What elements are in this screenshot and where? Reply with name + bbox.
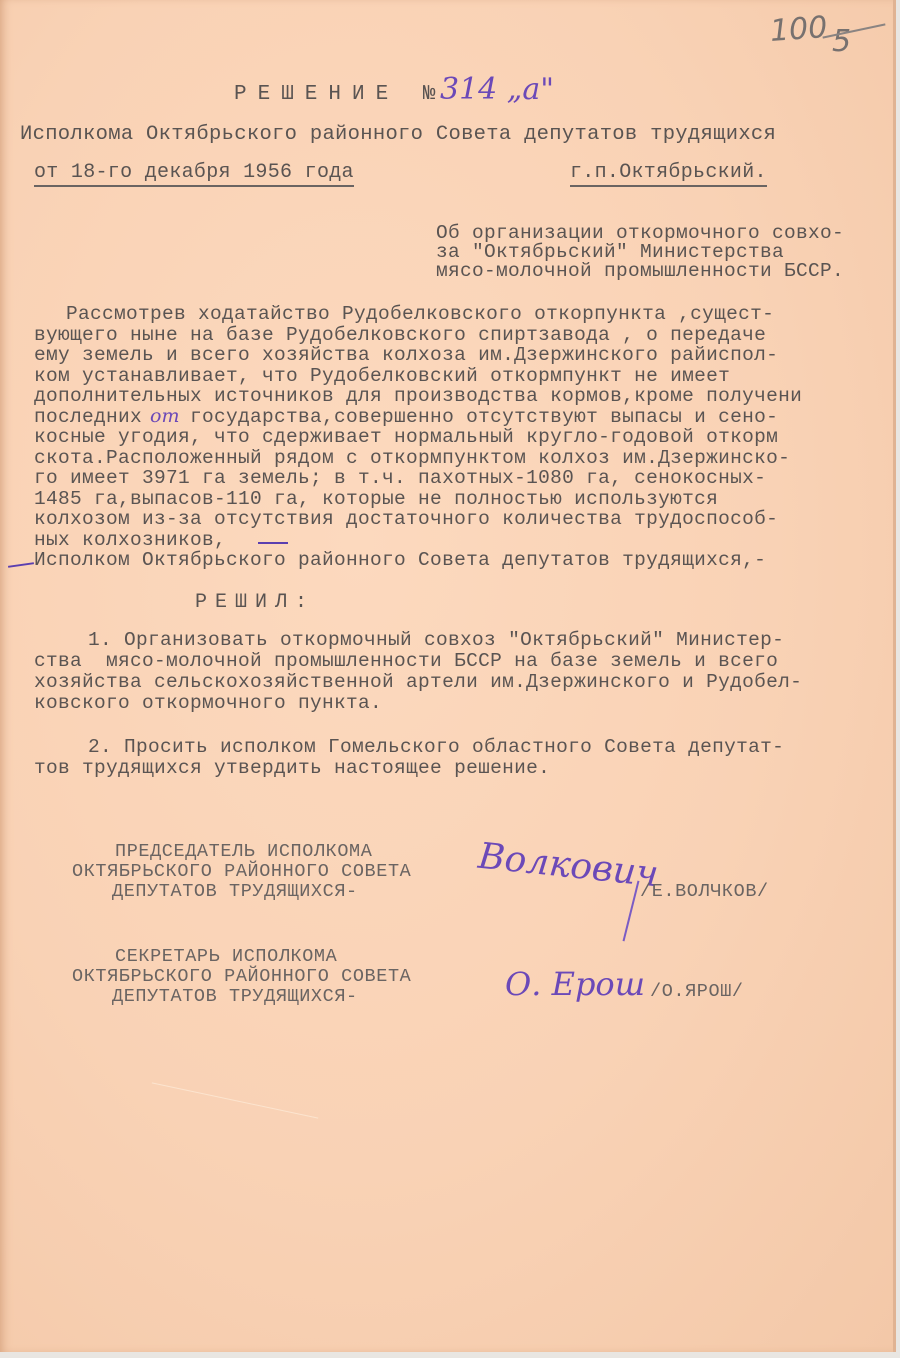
secretary-signature-block: СЕКРЕТАРЬ ИСПОЛКОМА ОКТЯБРЬСКОГО РАЙОННО… — [0, 947, 339, 1007]
issuing-body: Исполкома Октябрьского районного Совета … — [20, 125, 776, 146]
preamble-line: скота.Расположенный рядом с откормпункто… — [34, 448, 900, 469]
subject-block: Об организации откормочного совхо- за "О… — [436, 224, 844, 281]
document-date: от 18-го декабря 1956 года — [34, 163, 354, 187]
chairman-title-line: ПРЕДСЕДАТЕЛЬ ИСПОЛКОМА — [115, 842, 454, 862]
handwritten-insert: от — [150, 405, 179, 427]
archive-sheet-number: 5 — [832, 24, 851, 59]
document-page: 100 5 РЕШЕНИЕ № 314 „а" Исполкома Октябр… — [0, 0, 896, 1352]
secretary-signature: О. Ерош — [505, 965, 645, 1003]
preamble-line: го имеет 3971 га земель; в т.ч. пахотных… — [34, 468, 900, 489]
preamble-line: колхозом из-за отсутствия достаточного к… — [34, 509, 900, 530]
preamble-line: ных колхозников, — [34, 530, 900, 551]
preamble-line: Рассмотрев ходатайство Рудобелковского о… — [66, 304, 900, 325]
decision-item-2: 2. Просить исполком Гомельского областно… — [0, 737, 900, 779]
document-title: РЕШЕНИЕ № — [234, 84, 446, 105]
ink-dash-after-kolkhozniki — [258, 542, 288, 544]
decision-item-1: 1. Организовать откормочный совхоз "Октя… — [0, 630, 900, 714]
preamble-line: дополнительных источников для производст… — [34, 386, 900, 407]
preamble-line: ему земель и всего хозяйства колхоза им.… — [34, 345, 900, 366]
paper-crease — [152, 1082, 318, 1118]
preamble-line: 1485 га,выпасов-110 га, которые не полно… — [34, 489, 900, 510]
decision-line: тов трудящихся утвердить настоящее решен… — [34, 758, 900, 779]
chairman-signature: Волкович — [476, 836, 660, 896]
subject-line: мясо-молочной промышленности БССР. — [436, 262, 844, 281]
secretary-name: /О.ЯРОШ/ — [650, 983, 744, 1002]
decision-line: хозяйства сельскохозяйственной артели им… — [34, 672, 900, 693]
preamble-line: вующего ныне на базе Рудобелковского спи… — [34, 325, 900, 346]
preamble-line: ком устанавливает, что Рудобелковский от… — [34, 366, 900, 387]
decision-number-handwritten: 314 „а" — [440, 72, 554, 107]
archive-page-number: 100 — [769, 10, 829, 49]
secretary-title-line: ОКТЯБРЬСКОГО РАЙОННОГО СОВЕТА — [72, 967, 411, 987]
decision-line: 1. Организовать откормочный совхоз "Октя… — [88, 630, 900, 651]
preamble-block: Рассмотрев ходатайство Рудобелковского о… — [0, 304, 900, 571]
secretary-title-line: СЕКРЕТАРЬ ИСПОЛКОМА — [115, 947, 454, 967]
document-place: г.п.Октябрьский. — [570, 163, 767, 187]
chairman-title-line: ОКТЯБРЬСКОГО РАЙОННОГО СОВЕТА — [72, 862, 411, 882]
decision-line: ковского откормочного пункта. — [34, 693, 900, 714]
preamble-line: Исполком Октябрьского районного Совета д… — [34, 550, 900, 571]
decision-line: ства мясо-молочной промышленности БССР н… — [34, 651, 900, 672]
decision-line: 2. Просить исполком Гомельского областно… — [88, 737, 900, 758]
chairman-title-line: ДЕПУТАТОВ ТРУДЯЩИХСЯ- — [112, 882, 451, 902]
secretary-title-line: ДЕПУТАТОВ ТРУДЯЩИХСЯ- — [112, 987, 451, 1007]
preamble-line: косные угодия, что сдерживает нормальный… — [34, 427, 900, 448]
chairman-signature-block: ПРЕДСЕДАТЕЛЬ ИСПОЛКОМА ОКТЯБРЬСКОГО РАЙО… — [0, 842, 339, 902]
chairman-name: /Е.ВОЛЧКОВ/ — [640, 883, 769, 902]
decision-heading: РЕШИЛ: — [195, 593, 315, 613]
